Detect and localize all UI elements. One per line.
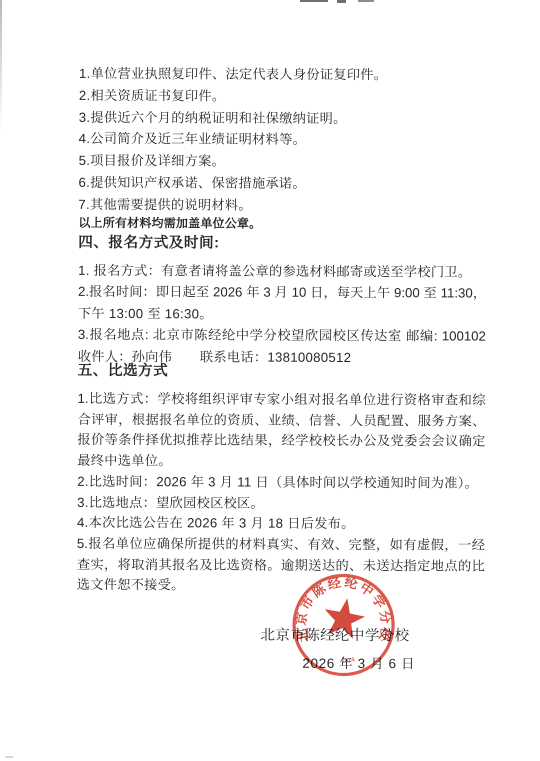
text-line: 1.比选方式：学校将组织评审专家小组对报名单位进行资格审查和综 (78, 389, 486, 411)
text-line: 3.比选地点：望欣园校区校区。 (77, 492, 485, 514)
text-line: 1.单位营业执照复印件、法定代表人身份证复印件。 (79, 63, 487, 87)
text-line: 5.项目报价及详细方案。 (79, 150, 487, 174)
seal-code: 004 (342, 656, 356, 665)
text-line: 2.报名时间：即日起至 2026 年 3 月 10 日，每天上午 9:00 至 … (78, 281, 486, 304)
scan-bottom-artifact (5, 756, 13, 758)
text-line: 最终中选单位。 (77, 451, 485, 473)
official-seal: 北京市陈经纶中学分校 004 (289, 571, 397, 679)
text-line: 查实，将取消其报名及比选资格。逾期送达的、未送达指定地点的比 (77, 554, 485, 576)
text-line: 2.相关资质证书复印件。 (79, 85, 487, 109)
text-line: 3.报名地点: 北京市陈经纶中学分校望欣园校区传达室 邮编: 100102 (78, 324, 486, 347)
section-heading-selection: 五、比选方式 (78, 360, 486, 384)
registration-section-body: 1. 报名方式：有意者请将盖公章的参选材料邮寄或送至学校门卫。2.报名时间：即日… (78, 260, 486, 369)
text-line: 报价等条件择优拟推荐比选结果，经学校校长办公及党委会会议确定 (77, 430, 485, 452)
text-line: 2.比选时间：2026 年 3 月 11 日（具体时间以学校通知时间为准）。 (77, 472, 485, 494)
text-line: 6.提供知识产权承诺、保密措施承诺。 (78, 172, 486, 196)
selection-section-body: 1.比选方式：学校将组织评审专家小组对报名单位进行资格审查和综合评审，根据报名单… (77, 389, 486, 598)
text-line: 合评审，根据报名单位的资质、业绩、信誉、人员配置、服务方案、 (77, 410, 485, 432)
text-line: 下午 13:00 至 16:30。 (78, 303, 486, 326)
document-content: 1.单位营业执照复印件、法定代表人身份证复印件。2.相关资质证书复印件。3.提供… (76, 0, 487, 761)
seal-code-holder: 004 (342, 656, 356, 665)
official-seal-graphic: 北京市陈经纶中学分校 004 (289, 571, 397, 679)
section-heading-registration: 四、报名方式及时间: (78, 232, 486, 256)
required-materials-list: 1.单位营业执照复印件、法定代表人身份证复印件。2.相关资质证书复印件。3.提供… (78, 63, 487, 217)
text-line: 5.报名单位应确保所提供的材料真实、有效、完整，如有虚假，一经 (77, 534, 485, 556)
scan-edge-artifact (0, 0, 2, 130)
seal-star-icon (325, 598, 365, 639)
text-line: 4.公司简介及近三年业绩证明材料等。 (79, 128, 487, 152)
text-line: 1. 报名方式：有意者请将盖公章的参选材料邮寄或送至学校门卫。 (78, 260, 486, 283)
text-line: 3.提供近六个月的纳税证明和社保缴纳证明。 (79, 106, 487, 130)
document-page: 1.单位营业执照复印件、法定代表人身份证复印件。2.相关资质证书复印件。3.提供… (0, 0, 540, 761)
text-line: 4.本次比选公告在 2026 年 3 月 18 日后发布。 (77, 513, 485, 535)
text-line: 选文件恕不接受。 (77, 575, 485, 597)
